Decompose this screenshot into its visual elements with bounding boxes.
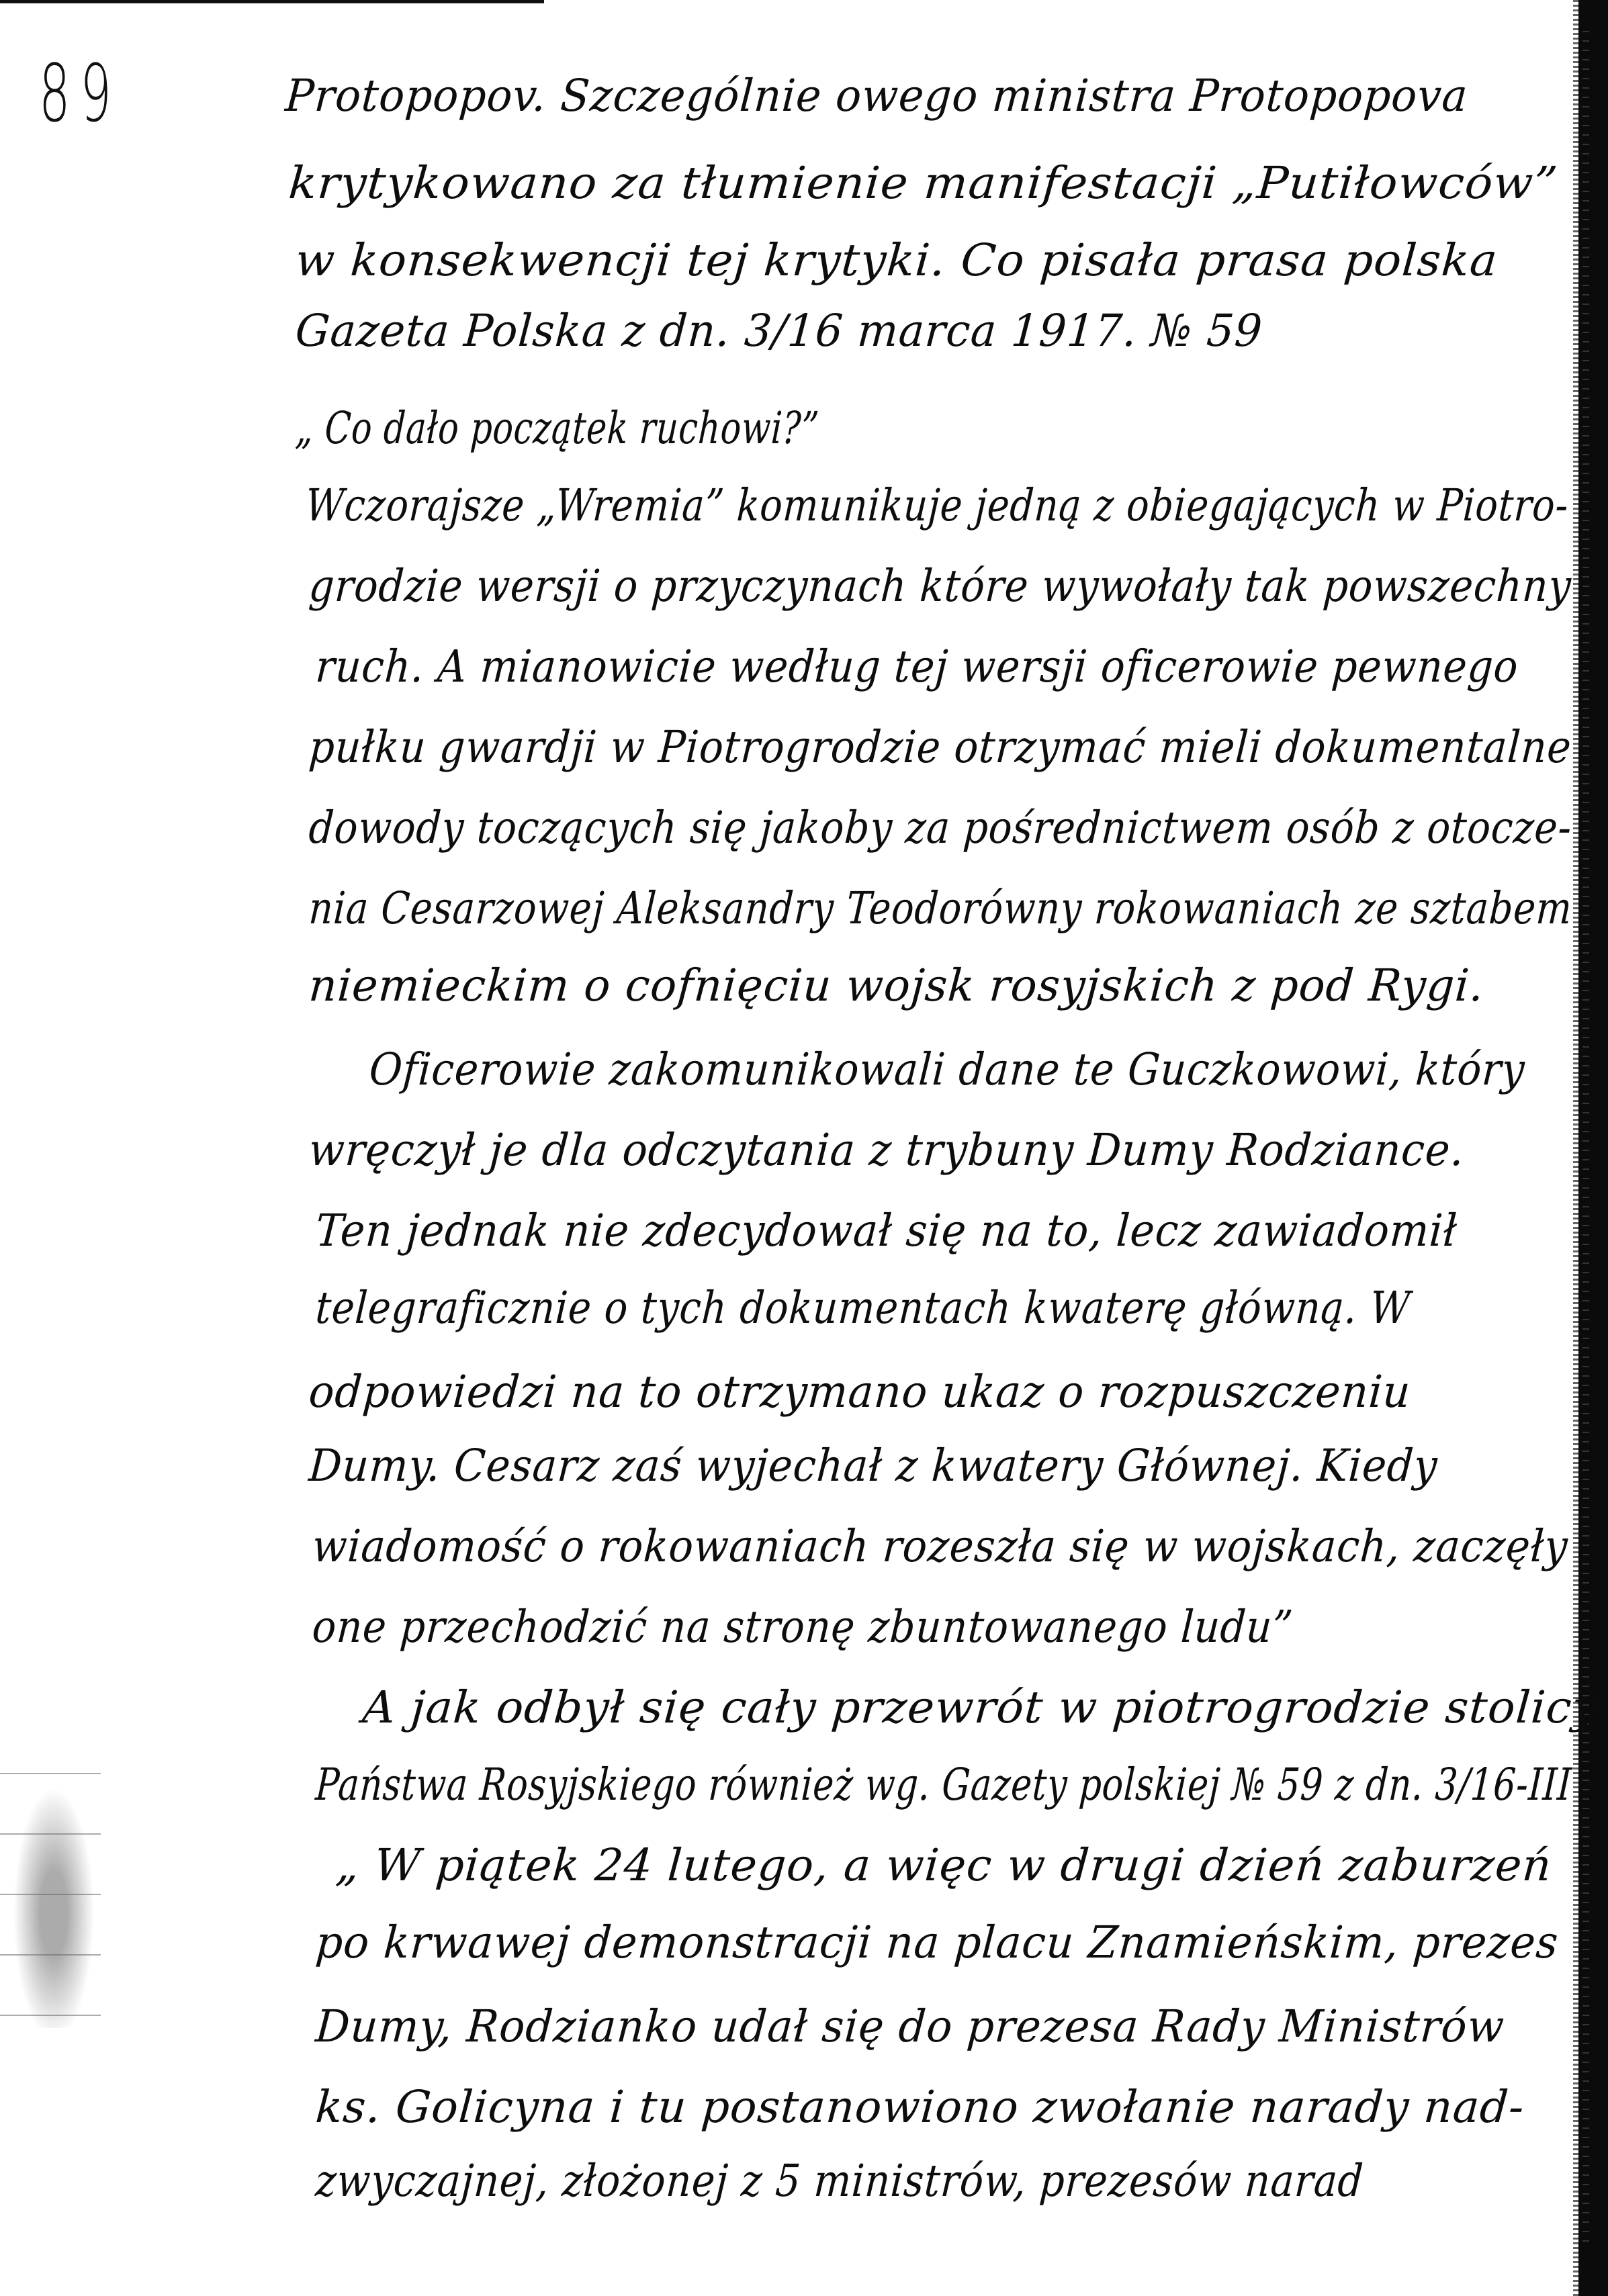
manuscript-line: grodzie wersji o przyczynach które wywoł… <box>308 564 1572 608</box>
right-scan-border <box>1578 0 1608 2296</box>
manuscript-line: ruch. A mianowicie według tej wersji ofi… <box>314 645 1520 689</box>
top-scan-edge <box>0 0 544 3</box>
manuscript-line: wręczył je dla odczytania z trybuny Dumy… <box>308 1128 1466 1173</box>
manuscript-line: Dumy, Rodzianko udał się do prezesa Rady… <box>314 2005 1506 2049</box>
manuscript-line: telegraficznie o tych dokumentach kwater… <box>314 1286 1412 1330</box>
manuscript-line: po krwawej demonstracji na placu Znamień… <box>314 1921 1560 1965</box>
manuscript-line: w konsekwencji tej krytyki. Co pisała pr… <box>294 238 1500 283</box>
manuscript-line: odpowiedzi na to otrzymano ukaz o rozpus… <box>308 1370 1413 1414</box>
manuscript-line: „ Co dało początek ruchowi?” <box>294 406 820 451</box>
manuscript-line: dowody toczących się jakoby za pośrednic… <box>308 806 1573 850</box>
manuscript-line: Ten jednak nie zdecydował się na to, lec… <box>314 1209 1459 1253</box>
page-number: 89 <box>39 47 122 140</box>
manuscript-line: wiadomość o rokowaniach rozeszła się w w… <box>311 1524 1570 1569</box>
manuscript-line: one przechodzić na stronę zbuntowanego l… <box>311 1605 1294 1649</box>
left-margin-scan-noise <box>0 1746 101 2028</box>
manuscript-line: Gazeta Polska z dn. 3/16 marca 1917. № 5… <box>294 309 1264 353</box>
manuscript-line: ks. Golicyna i tu postanowiono zwołanie … <box>314 2085 1526 2129</box>
manuscript-line: niemieckim o cofnięciu wojsk rosyjskich … <box>308 964 1486 1008</box>
manuscript-page: 89 Protopopov. Szczególnie owego ministr… <box>0 0 1608 2296</box>
manuscript-line: Dumy. Cesarz zaś wyjechał z kwatery Głów… <box>308 1444 1439 1488</box>
manuscript-line: Wczorajsze „Wremia” komunikuje jedną z o… <box>304 484 1570 528</box>
manuscript-line: zwyczajnej, złożonej z 5 ministrów, prez… <box>314 2159 1365 2203</box>
manuscript-line: pułku gwardji w Piotrogrodzie otrzymać m… <box>308 725 1573 770</box>
manuscript-line: A jak odbył się cały przewrót w piotrogr… <box>361 1686 1600 1730</box>
manuscript-line: nia Cesarzowej Aleksandry Teodorówny rok… <box>308 886 1573 931</box>
manuscript-line: krytykowano za tłumienie manifestacji „P… <box>287 161 1560 205</box>
manuscript-line: Państwa Rosyjskiego również wg. Gazety p… <box>314 1763 1573 1807</box>
manuscript-line: „ W piątek 24 lutego, a więc w drugi dzi… <box>334 1843 1554 1888</box>
manuscript-line: Protopopov. Szczególnie owego ministra P… <box>284 74 1470 118</box>
manuscript-line: Oficerowie zakomunikowali dane te Guczko… <box>368 1048 1527 1092</box>
right-scan-edge-shadow <box>1573 0 1578 2296</box>
